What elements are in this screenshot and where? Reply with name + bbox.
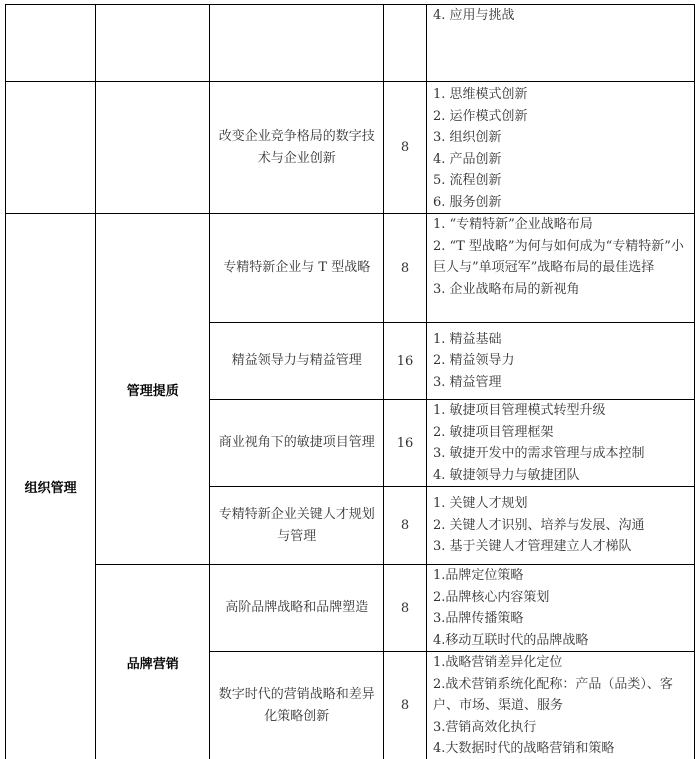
content-item: 2. 关键人才识别、培养与发展、沟通	[433, 515, 688, 537]
content-item: 3. 基于关键人才管理建立人才梯队	[433, 536, 688, 558]
content-item: 3. 敏捷开发中的需求管理与成本控制	[433, 443, 688, 465]
course-hours: 8	[384, 652, 427, 759]
course-name: 改变企业竞争格局的数字技术与企业创新	[210, 82, 384, 214]
course-hours: 8	[384, 487, 427, 565]
course-content: 1.战略营销差异化定位 2.战术营销系统化配称：产品（品类）、客户、市场、渠道、…	[426, 652, 694, 759]
course-name: 专精特新企业与 T 型战略	[210, 214, 384, 323]
course-content: 1. 精益基础 2. 精益领导力 3. 精益管理	[426, 323, 694, 400]
course-hours	[384, 5, 427, 82]
course-name: 数字时代的营销战略和差异化策略创新	[210, 652, 384, 759]
course-name: 商业视角下的敏捷项目管理	[210, 400, 384, 487]
group-cell-top	[96, 5, 210, 82]
table-row: 改变企业竞争格局的数字技术与企业创新 8 1. 思维模式创新 2. 运作模式创新…	[6, 82, 695, 214]
content-item: 1.战略营销差异化定位	[433, 652, 688, 674]
course-content: 1. “专精特新”企业战略布局 2. “T 型战略”为何与如何成为“专精特新”小…	[426, 214, 694, 323]
course-hours: 8	[384, 214, 427, 323]
content-item: 3.营销高效化执行	[433, 717, 688, 739]
table-row: 组织管理 管理提质 专精特新企业与 T 型战略 8 1. “专精特新”企业战略布…	[6, 214, 695, 323]
content-item: 3. 企业战略布局的新视角	[433, 279, 688, 301]
content-item: 2. “T 型战略”为何与如何成为“专精特新”小巨人与”单项冠军”战略布局的最佳…	[433, 236, 688, 279]
content-item: 2.品牌核心内容策划	[433, 587, 688, 609]
course-content: 1. 敏捷项目管理模式转型升级 2. 敏捷项目管理框架 3. 敏捷开发中的需求管…	[426, 400, 694, 487]
course-name	[210, 5, 384, 82]
course-name: 精益领导力与精益管理	[210, 323, 384, 400]
content-item: 5. 流程创新	[433, 170, 688, 192]
course-content: 1. 关键人才规划 2. 关键人才识别、培养与发展、沟通 3. 基于关键人才管理…	[426, 487, 694, 565]
course-content: 1.品牌定位策略 2.品牌核心内容策划 3.品牌传播策略 4.移动互联时代的品牌…	[426, 565, 694, 652]
group-label: 管理提质	[96, 214, 210, 565]
category-cell-top-cont	[6, 82, 96, 214]
content-item: 1.品牌定位策略	[433, 565, 688, 587]
content-item: 2. 精益领导力	[433, 350, 688, 372]
group-cell-top-cont	[96, 82, 210, 214]
content-item: 6. 服务创新	[433, 192, 688, 214]
course-table: 4. 应用与挑战 改变企业竞争格局的数字技术与企业创新 8 1. 思维模式创新 …	[5, 4, 695, 759]
table-row: 品牌营销 高阶品牌战略和品牌塑造 8 1.品牌定位策略 2.品牌核心内容策划 3…	[6, 565, 695, 652]
content-item: 3. 组织创新	[433, 127, 688, 149]
content-item: 3.品牌传播策略	[433, 608, 688, 630]
content-item: 4.大数据时代的战略营销和策略	[433, 738, 688, 759]
content-item: 4. 产品创新	[433, 149, 688, 171]
content-item: 1. “专精特新”企业战略布局	[433, 214, 688, 236]
content-item: 3. 精益管理	[433, 372, 688, 394]
course-content: 4. 应用与挑战	[426, 5, 694, 82]
content-item: 2. 运作模式创新	[433, 106, 688, 128]
course-hours: 8	[384, 82, 427, 214]
content-item: 1. 思维模式创新	[433, 84, 688, 106]
content-item: 4. 敏捷领导力与敏捷团队	[433, 465, 688, 487]
course-hours: 16	[384, 323, 427, 400]
content-item: 2. 敏捷项目管理框架	[433, 422, 688, 444]
course-content: 1. 思维模式创新 2. 运作模式创新 3. 组织创新 4. 产品创新 5. 流…	[426, 82, 694, 214]
category-cell-top	[6, 5, 96, 82]
course-hours: 16	[384, 400, 427, 487]
course-name: 专精特新企业关键人才规划与管理	[210, 487, 384, 565]
content-item: 1. 关键人才规划	[433, 493, 688, 515]
table-row: 4. 应用与挑战	[6, 5, 695, 82]
content-item: 4.移动互联时代的品牌战略	[433, 630, 688, 652]
content-item: 1. 精益基础	[433, 329, 688, 351]
content-item: 1. 敏捷项目管理模式转型升级	[433, 400, 688, 422]
course-name: 高阶品牌战略和品牌塑造	[210, 565, 384, 652]
category-label: 组织管理	[6, 214, 96, 759]
content-item: 2.战术营销系统化配称：产品（品类）、客户、市场、渠道、服务	[433, 674, 688, 717]
course-hours: 8	[384, 565, 427, 652]
content-item: 4. 应用与挑战	[433, 5, 688, 27]
group-label: 品牌营销	[96, 565, 210, 759]
